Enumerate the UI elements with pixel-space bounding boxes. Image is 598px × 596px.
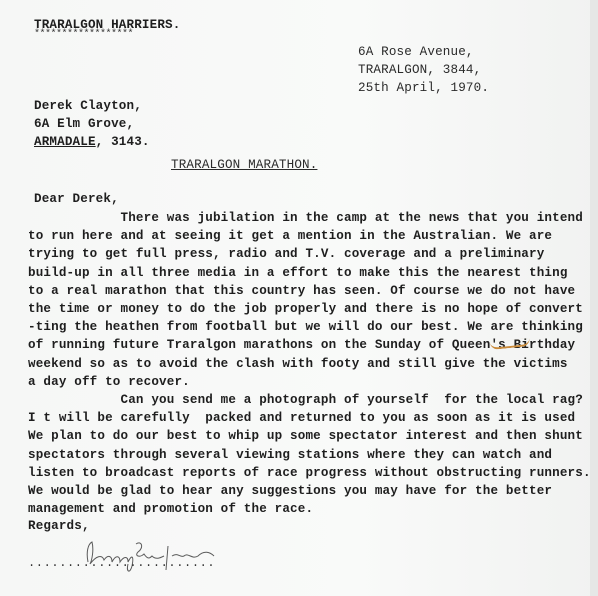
body-line: the time or money to do the job properly…: [28, 301, 583, 317]
sender-address-line-2: TRARALGON, 3844,: [358, 62, 481, 78]
body-line: listen to broadcast reports of race prog…: [28, 465, 591, 481]
sender-address-line-1: 6A Rose Avenue,: [358, 44, 474, 60]
body-line: We plan to do our best to whip up some s…: [28, 428, 583, 444]
body-line: to run here and at seeing it get a menti…: [28, 228, 552, 244]
recipient-postcode: , 3143.: [96, 135, 150, 149]
body-line: management and promotion of the race.: [28, 501, 313, 517]
recipient-city: ARMADALE: [34, 135, 96, 149]
body-line: build-up in all three media in a effort …: [28, 265, 568, 281]
letter-date: 25th April, 1970.: [358, 80, 489, 96]
body-line: weekend so as to avoid the clash with fo…: [28, 356, 568, 372]
salutation: Dear Derek,: [34, 191, 119, 207]
body-line: to a real marathon that this country has…: [28, 283, 575, 299]
body-line: -ting the heathen from football but we w…: [28, 319, 583, 335]
body-line: We would be glad to hear any suggestions…: [28, 483, 552, 499]
signature-line: ........................: [28, 556, 215, 570]
body-line: trying to get full press, radio and T.V.…: [28, 246, 544, 262]
body-line: Can you send me a photograph of yourself…: [28, 392, 583, 408]
recipient-city-line: ARMADALE, 3143.: [34, 134, 150, 150]
letterhead-asterisks: ******************: [34, 29, 133, 40]
body-line: I t will be carefully packed and returne…: [28, 410, 575, 426]
letter-subject: TRARALGON MARATHON.: [171, 157, 317, 173]
recipient-street: 6A Elm Grove,: [34, 116, 134, 132]
body-line: a day off to recover.: [28, 374, 190, 390]
recipient-name: Derek Clayton,: [34, 98, 142, 114]
body-line: spectators through several viewing stati…: [28, 447, 552, 463]
body-line: There was jubilation in the camp at the …: [28, 210, 583, 226]
page-edge: [590, 0, 598, 596]
closing: Regards,: [28, 518, 90, 534]
